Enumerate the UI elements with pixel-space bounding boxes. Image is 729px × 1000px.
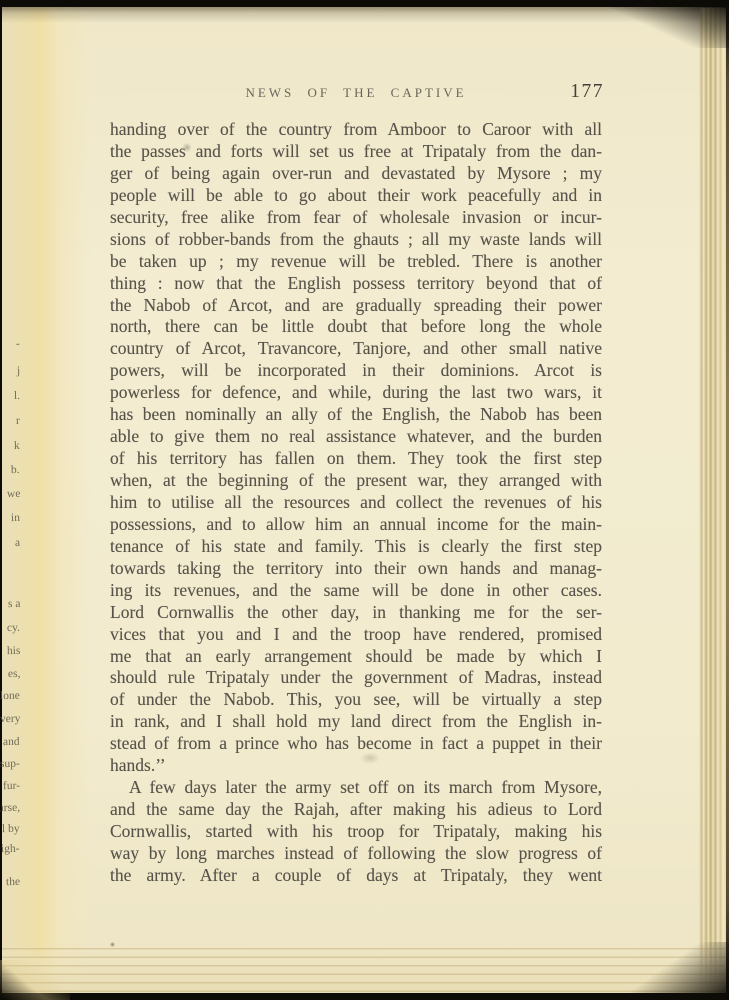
margin-fragment: r	[16, 415, 20, 427]
text-line: people will be able to go about their wo…	[110, 185, 602, 207]
margin-fragment: cy.	[7, 622, 20, 634]
margin-fragment: very	[0, 713, 20, 725]
text-line: able to give them no real assistance wha…	[110, 426, 602, 448]
text-line: the Nabob of Arcot, and are gradually sp…	[110, 295, 602, 317]
margin-fragment: a	[15, 537, 20, 549]
text-line: way by long marches instead of following…	[110, 843, 602, 865]
text-line: tenance of his state and family. This is…	[110, 536, 602, 558]
margin-fragment: and	[3, 736, 20, 748]
text-line: hands.’’	[110, 755, 602, 777]
text-line: powerless for defence, and while, during…	[110, 382, 602, 404]
text-line: security, free alike from fear of wholes…	[110, 207, 602, 229]
text-line: north, there can be little doubt that be…	[110, 316, 602, 338]
book-scan: -jl.rkb.weinas acy.hises,loneveryandsup-…	[0, 0, 729, 1000]
margin-fragment: es,	[7, 668, 20, 680]
margin-fragment: lone	[0, 690, 20, 702]
margin-fragment: fur-	[3, 780, 20, 792]
margin-fragment: sup-	[0, 758, 20, 770]
margin-fragment: -	[16, 338, 20, 350]
margin-fragment: we	[6, 488, 20, 500]
margin-fragment: k	[14, 440, 20, 452]
margin-fragment: urse,	[0, 802, 20, 814]
text-line: of his territory has fallen on them. The…	[110, 448, 602, 470]
page-number: 177	[570, 81, 604, 103]
corner-shadow-bottom-right	[619, 942, 729, 1000]
facing-page-fragments: -jl.rkb.weinas acy.hises,loneveryandsup-…	[0, 0, 24, 1000]
text-line: powers, will be incorporated in their do…	[110, 360, 602, 382]
margin-fragment: in	[11, 512, 20, 524]
text-line: possessions, and to allow him an annual …	[110, 514, 602, 536]
page-edge-stack-right	[699, 8, 727, 991]
text-line: vices that you and I and the troop have …	[110, 624, 602, 646]
text-line: Cornwallis, started with his troop for T…	[110, 821, 602, 843]
margin-fragment: igh-	[1, 843, 20, 855]
text-line: in rank, and I shall hold my land direct…	[110, 711, 602, 733]
text-line: Lord Cornwallis the other day, in thanki…	[110, 602, 602, 624]
running-header-title: NEWS OF THE CAPTIVE	[110, 85, 602, 101]
text-line: him to utilise all the resources and col…	[110, 492, 602, 514]
text-line: stead of from a prince who has become in…	[110, 733, 602, 755]
margin-fragment: the	[6, 876, 20, 888]
text-line: and the same day the Rajah, after making…	[110, 799, 602, 821]
corner-shadow-top-right	[609, 0, 729, 48]
text-line: handing over of the country from Amboor …	[110, 119, 602, 141]
text-line: ing its revenues, and the same will be d…	[110, 580, 602, 602]
margin-fragment: s a	[7, 598, 20, 610]
margin-fragment: j	[17, 365, 20, 377]
page-edge-stack-bottom	[2, 941, 725, 993]
text-line: of under the Nabob. This, you see, will …	[110, 689, 602, 711]
body-text: handing over of the country from Amboor …	[110, 119, 602, 887]
running-header: NEWS OF THE CAPTIVE 177	[110, 85, 602, 107]
text-line: when, at the beginning of the present wa…	[110, 470, 602, 492]
margin-fragment: l by	[2, 823, 20, 835]
text-line: thing : now that the English possess ter…	[110, 273, 602, 295]
text-line: be taken up ; my revenue will be trebled…	[110, 251, 602, 273]
margin-fragment: his	[6, 645, 20, 657]
text-line: towards taking the territory into their …	[110, 558, 602, 580]
text-line: the army. After a couple of days at Trip…	[110, 865, 602, 887]
text-line: has been nominally an ally of the Englis…	[110, 404, 602, 426]
text-line: ger of being again over-run and devastat…	[110, 163, 602, 185]
text-line: the passes and forts will set us free at…	[110, 141, 602, 163]
text-line: country of Arcot, Travancore, Tanjore, a…	[110, 338, 602, 360]
text-line: sions of robber-bands from the ghauts ; …	[110, 229, 602, 251]
text-line: me that an early arrangement should be m…	[110, 646, 602, 668]
margin-fragment: b.	[11, 464, 20, 476]
margin-fragment: l.	[14, 390, 20, 402]
text-line: A few days later the army set off on its…	[110, 777, 602, 799]
text-line: should rule Tripataly under the governme…	[110, 667, 602, 689]
